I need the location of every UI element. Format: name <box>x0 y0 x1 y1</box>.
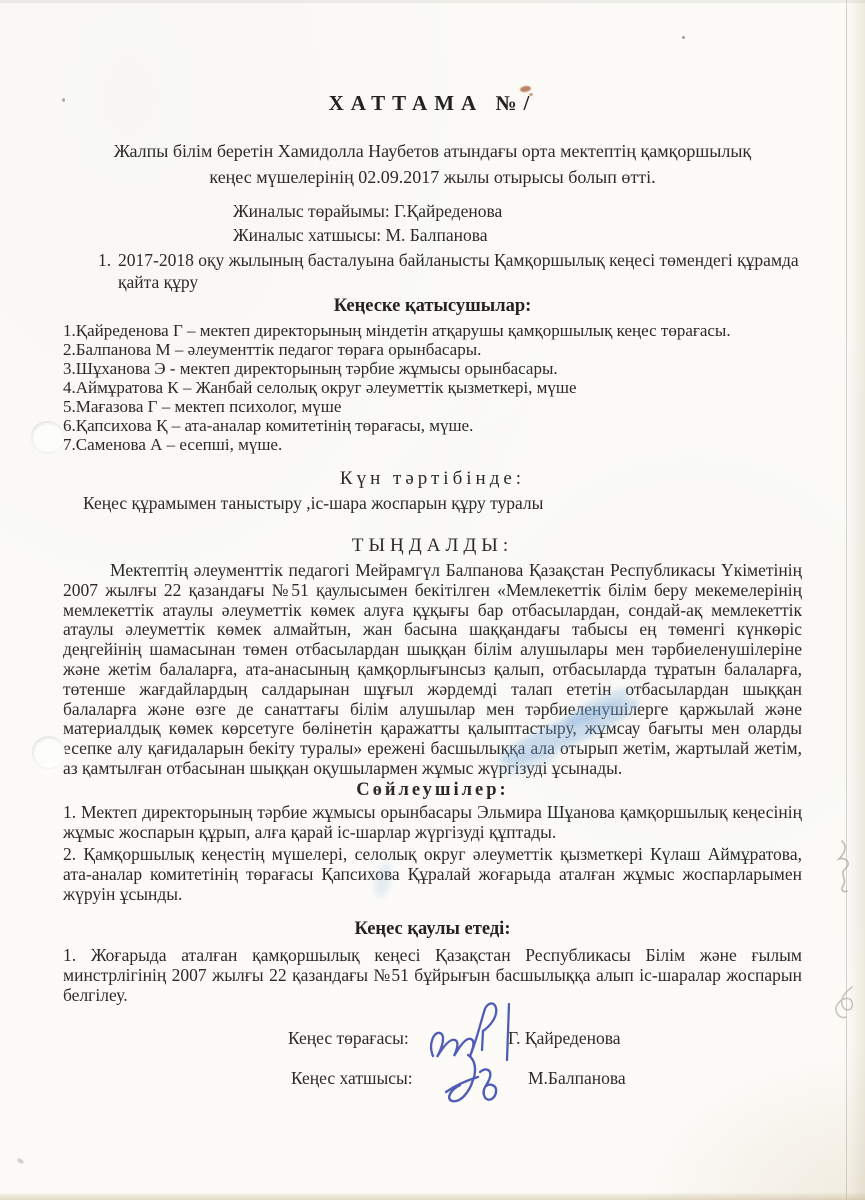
document-title: ХАТТАМА №/ <box>63 90 802 116</box>
paper-edge-bottom <box>0 1193 865 1200</box>
intro-paragraph: Жалпы білім беретін Хамидолла Наубетов а… <box>93 138 772 190</box>
participant-row: 2.Балпанова М – әлеументтік педагог төра… <box>63 340 802 359</box>
meeting-secretary-line: Жиналыс хатшысы: М. Балпанова <box>233 227 802 245</box>
hole-punch-top <box>31 421 64 452</box>
participant-row: 6.Қапсихова Қ – ата-аналар комитетінің т… <box>63 416 802 435</box>
agenda-item-text: 2017-2018 оқу жылының басталуына байланы… <box>118 250 799 292</box>
decision-heading: Кеңес қаулы етеді: <box>63 919 802 939</box>
participant-row: 1.Қайреденова Г – мектеп директорының мі… <box>63 321 802 340</box>
agenda-item-number: 1. <box>98 250 111 272</box>
chairman-name: Г. Қайреденова <box>508 1028 621 1049</box>
speaker-paragraph: 2. Қамқоршылық кеңестің мүшелері, селолы… <box>63 844 802 904</box>
paper-edge-right <box>846 0 865 1200</box>
agenda-item: 1. 2017-2018 оқу жылының басталуына байл… <box>63 250 802 293</box>
decision-paragraph: 1. Жоғарыда аталған қамқоршылық кеңесі Қ… <box>63 945 802 1005</box>
scan-speck <box>62 98 65 102</box>
chairman-signature-label: Кеңес төрағасы: <box>288 1028 409 1049</box>
secretary-signature <box>438 1050 508 1112</box>
meeting-chair-line: Жиналыс төрайымы: Г.Қайреденова <box>233 203 802 221</box>
day-order-heading: Күн тәртібінде: <box>63 469 802 489</box>
participant-row: 7.Саменова А – есепші, мүше. <box>63 435 802 454</box>
speakers-heading: Сөйлеушілер: <box>63 780 802 800</box>
participants-list: 1.Қайреденова Г – мектеп директорының мі… <box>63 321 802 454</box>
participant-row: 3.Шұханова Э - мектеп директорының тәрби… <box>63 359 802 378</box>
scan-speck <box>16 1158 24 1165</box>
heard-heading: ТЫҢДАЛДЫ: <box>63 536 802 556</box>
participant-row: 4.Аймұратова К – Жанбай селолық округ әл… <box>63 378 802 397</box>
paper-edge-top <box>0 0 865 3</box>
scan-speck <box>682 36 685 39</box>
hole-punch-bottom <box>32 736 65 768</box>
participants-heading: Кеңеске қатысушылар: <box>63 296 802 316</box>
secretary-name: М.Балпанова <box>528 1068 626 1089</box>
secretary-signature-label: Кеңес хатшысы: <box>291 1068 413 1089</box>
paper-corner-shading <box>635 1050 865 1200</box>
document-body: ХАТТАМА №/ Жалпы білім беретін Хамидолла… <box>63 90 802 1130</box>
day-order-text: Кеңес құрамымен таныстыру ,іс-шара жоспа… <box>83 494 802 513</box>
speaker-paragraph: 1. Мектеп директорының тәрбие жұмысы оры… <box>63 802 802 842</box>
red-ink-speck <box>529 93 533 96</box>
heard-paragraph: Мектептің әлеументтік педагогі Мейрамгүл… <box>63 561 802 779</box>
participant-row: 5.Мағазова Г – мектеп психолог, мүше <box>63 397 802 416</box>
meeting-officers: Жиналыс төрайымы: Г.Қайреденова Жиналыс … <box>63 203 802 244</box>
scanned-protocol-page: ХАТТАМА №/ Жалпы білім беретін Хамидолла… <box>0 0 865 1200</box>
